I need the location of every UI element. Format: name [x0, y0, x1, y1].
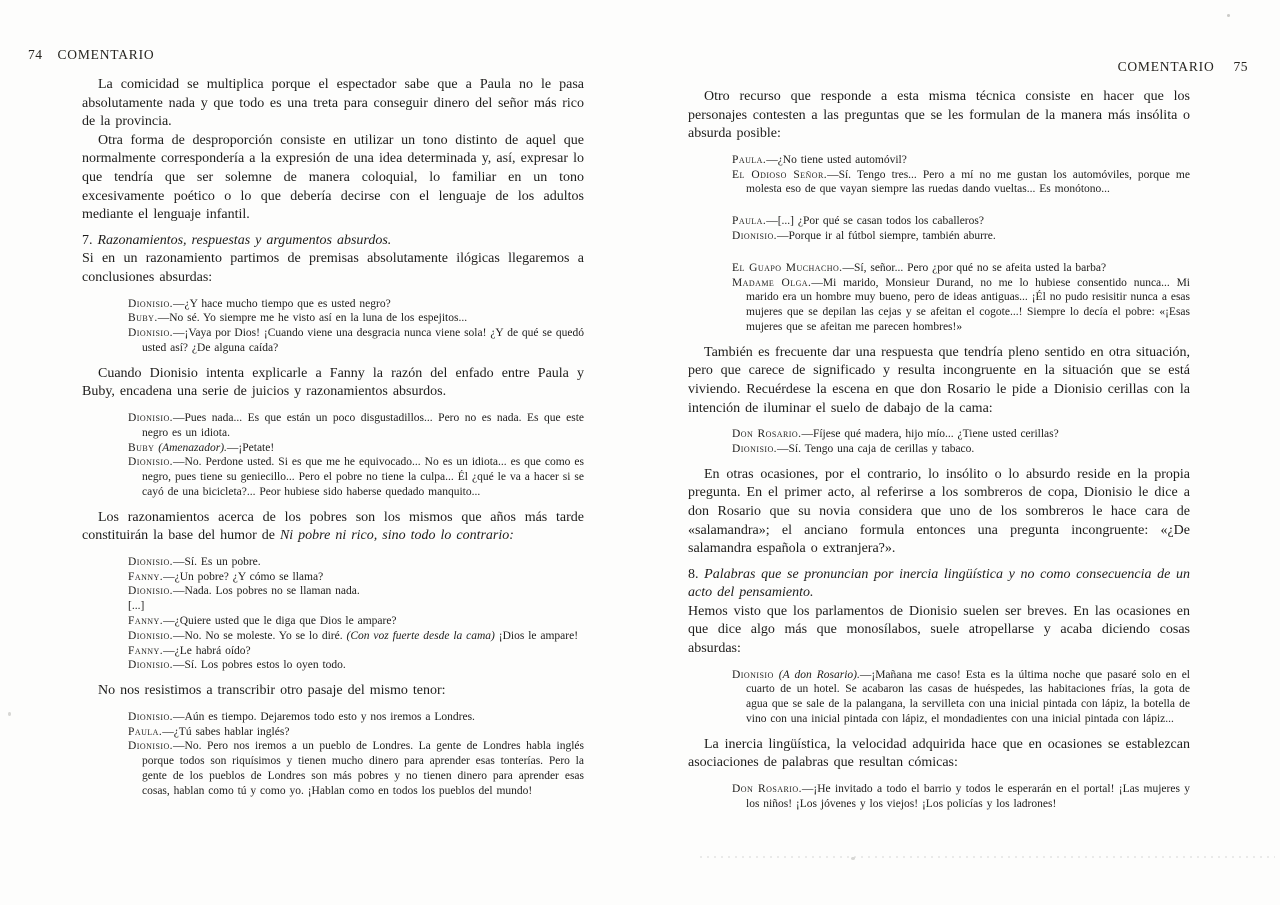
speaker-name: Fanny. [128, 571, 163, 583]
text-run: —Aún es tiempo. Dejaremos todo esto y no… [173, 711, 475, 723]
speaker-name: Dionisio. [128, 585, 173, 597]
quotation-block: Dionisio.—Aún es tiempo. Dejaremos todo … [82, 710, 584, 799]
text-run: Otro recurso que responde a esta misma t… [688, 89, 1190, 141]
text-run: Otra forma de desproporción consiste en … [82, 133, 584, 222]
text-run: —Sí. Es un pobre. [173, 556, 261, 568]
page-header-right: COMENTARIO 75 [688, 58, 1248, 75]
dialogue-line: Dionisio.—No. Perdone usted. Si es que m… [128, 455, 584, 499]
text-run: —Sí. Tengo una caja de cerillas y tabaco… [777, 443, 974, 455]
speaker-name: Buby. [128, 312, 158, 324]
dialogue-line: Buby (Amenazador).—¡Petate! [128, 441, 584, 456]
speaker-name: Fanny. [128, 615, 163, 627]
speaker-name: Fanny. [128, 645, 163, 657]
text-run: La comicidad se multiplica porque el esp… [82, 77, 584, 129]
page-header-left: 74 COMENTARIO [28, 46, 584, 63]
speaker-name: Dionisio. [128, 630, 173, 642]
dialogue-line: Dionisio (A don Rosario).—¡Mañana me cas… [732, 668, 1190, 727]
book-scan-spread: { "page_left": { "page_number": "74", "r… [0, 0, 1280, 905]
dialogue-line: Dionisio.—¿Y hace mucho tiempo que es us… [128, 297, 584, 312]
text-run: —No. Perdone usted. Si es que me he equi… [142, 456, 584, 498]
text-run: —¡Vaya por Dios! ¡Cuando viene una desgr… [142, 327, 584, 354]
speaker-name: Madame Olga. [732, 277, 811, 289]
speaker-name: Dionisio. [128, 456, 173, 468]
speaker-name: Dionisio. [128, 659, 173, 671]
paragraph: Si en un razonamiento partimos de premis… [82, 250, 584, 287]
text-run: —No sé. Yo siempre me he visto así en la… [158, 312, 467, 324]
dialogue-line: Dionisio.—Pues nada... Es que están un p… [128, 411, 584, 441]
text-run: Hemos visto que los parlamentos de Dioni… [688, 604, 1190, 656]
dialogue-line: Paula.—¿No tiene usted automóvil? [732, 153, 1190, 168]
dialogue-line: Dionisio.—Aún es tiempo. Dejaremos todo … [128, 710, 584, 725]
scan-speck [1227, 14, 1230, 17]
text-run: La inercia lingüística, la velocidad adq… [688, 737, 1190, 771]
dialogue-line: Dionisio.—Porque ir al fútbol siempre, t… [732, 229, 1190, 244]
text-run: [...] [128, 600, 144, 612]
quotation-block: Dionisio.—Sí. Es un pobre.Fanny.—¿Un pob… [82, 555, 584, 673]
text-run: —Sí, señor... Pero ¿por qué no se afeita… [843, 262, 1107, 274]
quotation-block: Dionisio.—¿Y hace mucho tiempo que es us… [82, 297, 584, 356]
dialogue-line: Paula.—[...] ¿Por qué se casan todos los… [732, 214, 1190, 229]
dialogue-line: Dionisio.—No. No se moleste. Yo se lo di… [128, 629, 584, 644]
text-run: En otras ocasiones, por el contrario, lo… [688, 467, 1190, 556]
dialogue-line: [...] [128, 599, 584, 614]
text-run: ¡Dios le ampare! [495, 630, 578, 642]
dialogue-line: Fanny.—¿Un pobre? ¿Y cómo se llama? [128, 570, 584, 585]
quotation-block: Dionisio (A don Rosario).—¡Mañana me cas… [688, 668, 1190, 727]
italic-text-run: Razonamientos, respuestas y argumentos a… [98, 233, 392, 248]
dialogue-line: Don Rosario.—Fíjese qué madera, hijo mío… [732, 427, 1190, 442]
quotation-block: Dionisio.—Pues nada... Es que están un p… [82, 411, 584, 500]
section-heading: 7. Razonamientos, respuestas y argumento… [82, 232, 584, 251]
dialogue-line: Dionisio.—Nada. Los pobres no se llaman … [128, 584, 584, 599]
speaker-name: Buby [128, 442, 154, 454]
speaker-name: El Guapo Muchacho. [732, 262, 843, 274]
page-body-right: Otro recurso que responde a esta misma t… [688, 88, 1190, 812]
quotation-block: Paula.—¿No tiene usted automóvil?El Odio… [688, 153, 1190, 197]
quotation-block: Don Rosario.—¡He invitado a todo el barr… [688, 782, 1190, 812]
text-run: —Nada. Los pobres no se llaman nada. [173, 585, 360, 597]
speaker-name: Dionisio. [128, 711, 173, 723]
italic-text-run: (A don Rosario). [774, 669, 860, 681]
dialogue-line: Buby.—No sé. Yo siempre me he visto así … [128, 311, 584, 326]
paragraph: Hemos visto que los parlamentos de Dioni… [688, 603, 1190, 659]
dialogue-line: El Guapo Muchacho.—Sí, señor... Pero ¿po… [732, 261, 1190, 276]
paragraph: Otra forma de desproporción consiste en … [82, 132, 584, 225]
paragraph: Otro recurso que responde a esta misma t… [688, 88, 1190, 144]
page-number-right: 75 [1234, 58, 1249, 75]
speaker-name: El Odioso Señor. [732, 169, 827, 181]
text-run: —Porque ir al fútbol siempre, también ab… [777, 230, 996, 242]
dialogue-line: Fanny.—¿Le habrá oído? [128, 644, 584, 659]
running-head-left: COMENTARIO [58, 46, 155, 63]
paragraph: La comicidad se multiplica porque el esp… [82, 76, 584, 132]
dialogue-line: Dionisio.—¡Vaya por Dios! ¡Cuando viene … [128, 326, 584, 356]
speaker-name: Dionisio. [128, 298, 173, 310]
italic-text-run: (Con voz fuerte desde la cama) [346, 630, 494, 642]
paragraph: También es frecuente dar una respuesta q… [688, 344, 1190, 418]
speaker-name: Dionisio [732, 669, 774, 681]
text-run: —Pues nada... Es que están un poco disgu… [142, 412, 584, 439]
dialogue-line: Dionisio.—Sí. Tengo una caja de cerillas… [732, 442, 1190, 457]
dialogue-line: Dionisio.—No. Pero nos iremos a un puebl… [128, 739, 584, 798]
italic-text-run: (Amenazador). [154, 442, 227, 454]
text-run: Si en un razonamiento partimos de premis… [82, 251, 584, 285]
dialogue-line: Don Rosario.—¡He invitado a todo el barr… [732, 782, 1190, 812]
text-run: —¿Y hace mucho tiempo que es usted negro… [173, 298, 391, 310]
scan-speck [8, 712, 11, 716]
paragraph: La inercia lingüística, la velocidad adq… [688, 736, 1190, 773]
text-run: —¿Quiere usted que le diga que Dios le a… [163, 615, 396, 627]
text-run: —Fíjese qué madera, hijo mío... ¿Tiene u… [801, 428, 1058, 440]
dialogue-line: Dionisio.—Sí. Los pobres estos lo oyen t… [128, 658, 584, 673]
speaker-name: Don Rosario. [732, 428, 801, 440]
speaker-name: Dionisio. [732, 230, 777, 242]
dialogue-line: Paula.—¿Tú sabes hablar inglés? [128, 725, 584, 740]
book-page-left: 74 COMENTARIO La comicidad se multiplica… [82, 0, 584, 808]
speaker-name: Dionisio. [128, 740, 173, 752]
text-run: —¿Tú sabes hablar inglés? [162, 726, 289, 738]
dialogue-line: El Odioso Señor.—Sí. Tengo tres... Pero … [732, 168, 1190, 198]
text-run: —¿Le habrá oído? [163, 645, 251, 657]
text-run: —Sí. Los pobres estos lo oyen todo. [173, 659, 346, 671]
paragraph: Los razonamientos acerca de los pobres s… [82, 509, 584, 546]
text-run: —No. No se moleste. Yo se lo diré. [173, 630, 346, 642]
running-head-right: COMENTARIO [1118, 58, 1215, 75]
text-run: —[...] ¿Por qué se casan todos los cabal… [766, 215, 984, 227]
speaker-name: Paula. [732, 154, 766, 166]
text-run: —No. Pero nos iremos a un pueblo de Lond… [142, 740, 584, 796]
quotation-block: Paula.—[...] ¿Por qué se casan todos los… [688, 214, 1190, 244]
italic-text-run: Ni pobre ni rico, sino todo lo contrario… [280, 528, 514, 543]
speaker-name: Paula. [128, 726, 162, 738]
page-body-left: La comicidad se multiplica porque el esp… [82, 76, 584, 799]
text-run: 7. [82, 233, 98, 248]
text-run: 8. [688, 567, 704, 582]
scan-edge-noise [700, 856, 1275, 858]
text-run: —¿No tiene usted automóvil? [766, 154, 907, 166]
speaker-name: Dionisio. [128, 556, 173, 568]
text-run: Cuando Dionisio intenta explicarle a Fan… [82, 366, 584, 400]
speaker-name: Paula. [732, 215, 766, 227]
speaker-name: Dionisio. [732, 443, 777, 455]
section-heading: 8. Palabras que se pronuncian por inerci… [688, 566, 1190, 603]
dialogue-line: Fanny.—¿Quiere usted que le diga que Dio… [128, 614, 584, 629]
speaker-name: Don Rosario. [732, 783, 802, 795]
book-page-right: COMENTARIO 75 Otro recurso que responde … [688, 0, 1190, 821]
dialogue-line: Dionisio.—Sí. Es un pobre. [128, 555, 584, 570]
text-run: —¿Un pobre? ¿Y cómo se llama? [163, 571, 323, 583]
text-run: No nos resistimos a transcribir otro pas… [98, 683, 446, 698]
paragraph: Cuando Dionisio intenta explicarle a Fan… [82, 365, 584, 402]
dialogue-line: Madame Olga.—Mi marido, Monsieur Durand,… [732, 276, 1190, 335]
paragraph: No nos resistimos a transcribir otro pas… [82, 682, 584, 701]
speaker-name: Dionisio. [128, 412, 173, 424]
text-run: —¡Petate! [227, 442, 274, 454]
quotation-block: Don Rosario.—Fíjese qué madera, hijo mío… [688, 427, 1190, 457]
paragraph: En otras ocasiones, por el contrario, lo… [688, 466, 1190, 559]
page-number-left: 74 [28, 46, 43, 63]
text-run: También es frecuente dar una respuesta q… [688, 345, 1190, 416]
italic-text-run: Palabras que se pronuncian por inercia l… [688, 567, 1190, 601]
speaker-name: Dionisio. [128, 327, 173, 339]
text-run: —¡He invitado a todo el barrio y todos l… [746, 783, 1190, 810]
quotation-block: El Guapo Muchacho.—Sí, señor... Pero ¿po… [688, 261, 1190, 335]
text-run: —Mi marido, Monsieur Durand, no me lo hu… [746, 277, 1190, 333]
